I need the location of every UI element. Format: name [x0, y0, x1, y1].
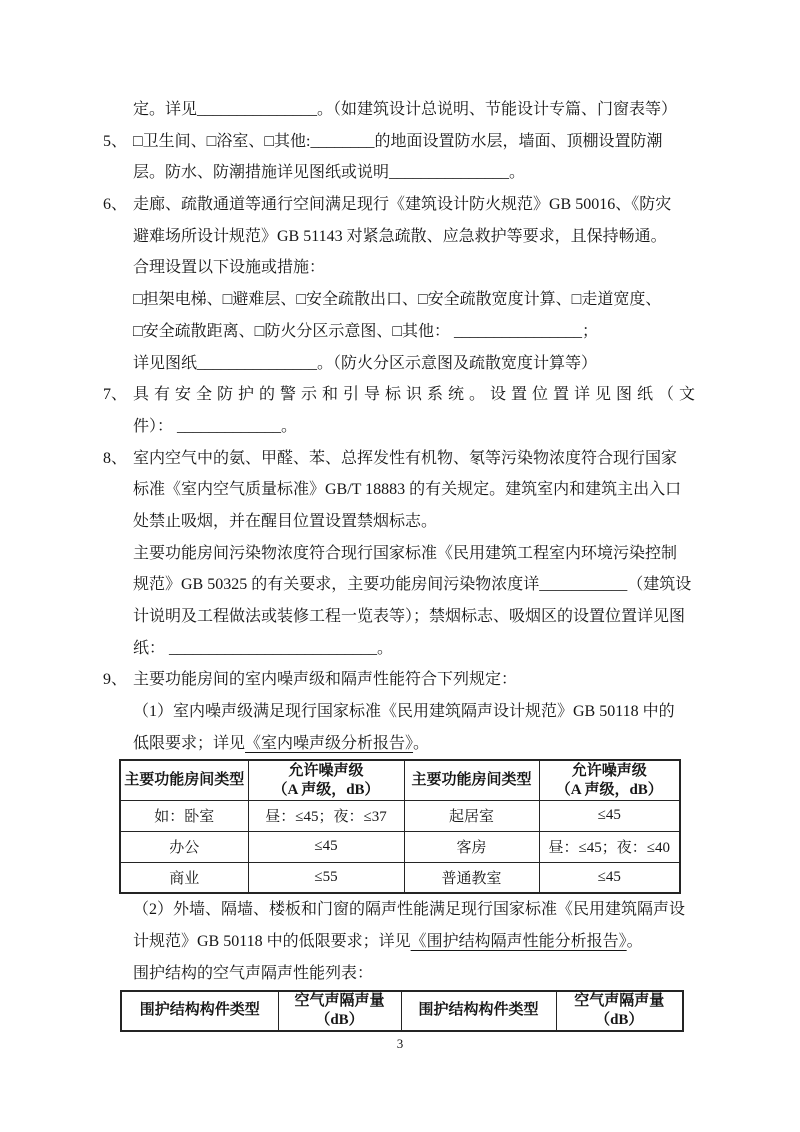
- text-segment: 层。防水、防潮措施详见图纸或说明_______________。: [133, 164, 525, 181]
- table-cell: 普通教室: [404, 862, 539, 893]
- table-header-cell: 允许噪声级（A 声级，dB）: [248, 760, 404, 800]
- text-segment: 定。详见_______________。（如建筑设计总说明、节能设计专篇、门窗表…: [133, 101, 677, 118]
- header-line: 围护结构构件类型: [404, 1001, 554, 1020]
- header-line: 主要功能房间类型: [407, 771, 537, 790]
- text-segment: 规范》GB 50325 的有关要求，主要功能房间污染物浓度详__________…: [133, 576, 691, 593]
- text-segment: 围护结构的空气声隔声性能列表：: [133, 965, 373, 982]
- text-segment: □安全疏散距离、□防火分区示意图、□其他： ________________；: [133, 323, 598, 340]
- text-segment: 。: [413, 735, 429, 752]
- text-segment: □卫生间、□浴室、□其他:________的地面设置防水层，墙面、顶棚设置防潮: [133, 133, 662, 150]
- text-segment: 处禁止吸烟，并在醒目位置设置禁烟标志。: [133, 513, 437, 530]
- item-number: 9、: [103, 664, 127, 696]
- header-line: 围护结构构件类型: [124, 1001, 276, 1020]
- text-segment: 标准《室内空气质量标准》GB/T 18883 的有关规定。建筑室内和建筑主出入口: [133, 481, 681, 498]
- table-header-cell: 围护结构构件类型: [401, 991, 556, 1031]
- paragraph-block-items-5-9: 定。详见_______________。（如建筑设计总说明、节能设计专篇、门窗表…: [0, 0, 800, 759]
- text-segment: 件）： _____________。: [133, 418, 297, 435]
- text-line: 8、室内空气中的氨、甲醛、苯、总挥发性有机物、氡等污染物浓度符合现行国家: [0, 443, 800, 475]
- item-number: 8、: [103, 443, 127, 475]
- sound-insulation-table: 围护结构构件类型空气声隔声量（dB）围护结构构件类型空气声隔声量（dB）: [120, 990, 684, 1032]
- header-line: 允许噪声级: [251, 762, 402, 781]
- text-line: 详见图纸_______________。（防火分区示意图及疏散宽度计算等）: [0, 348, 800, 380]
- text-line: □担架电梯、□避难层、□安全疏散出口、□安全疏散宽度计算、□走道宽度、: [0, 284, 800, 316]
- table-header-cell: 允许噪声级（A 声级，dB）: [539, 760, 680, 800]
- text-line: （1）室内噪声级满足现行国家标准《民用建筑隔声设计规范》GB 50118 中的: [0, 696, 800, 728]
- text-line: 主要功能房间污染物浓度符合现行国家标准《民用建筑工程室内环境污染控制: [0, 538, 800, 570]
- text-segment: 纸： __________________________。: [133, 640, 393, 657]
- table-header-cell: 空气声隔声量（dB）: [278, 991, 401, 1031]
- table-cell: 办公: [120, 831, 248, 862]
- table-cell: 客房: [404, 831, 539, 862]
- text-segment: 走廊、疏散通道等通行空间满足现行《建筑设计防火规范》GB 50016、《防灾: [133, 196, 671, 213]
- text-line: 7、具有安全防护的警示和引导标识系统。设置位置详见图纸（文: [0, 379, 800, 411]
- table-header-cell: 围护结构构件类型: [121, 991, 278, 1031]
- text-segment: 。: [627, 933, 643, 950]
- item-number: 6、: [103, 189, 127, 221]
- text-segment: 具有安全防护的警示和引导标识系统。设置位置详见图纸（文: [133, 386, 700, 403]
- text-line: 5、□卫生间、□浴室、□其他:________的地面设置防水层，墙面、顶棚设置防…: [0, 126, 800, 158]
- table-header-cell: 主要功能房间类型: [120, 760, 248, 800]
- text-line: 计规范》GB 50118 中的低限要求；详见《围护结构隔声性能分析报告》。: [0, 926, 800, 958]
- text-segment: □担架电梯、□避难层、□安全疏散出口、□安全疏散宽度计算、□走道宽度、: [133, 291, 661, 308]
- header-line: （dB）: [559, 1011, 681, 1030]
- document-page: 定。详见_______________。（如建筑设计总说明、节能设计专篇、门窗表…: [0, 0, 800, 1132]
- table-row: 商业≤55普通教室≤45: [120, 862, 680, 893]
- paragraph-block-item-9-2: （2）外墙、隔墙、楼板和门窗的隔声性能满足现行国家标准《民用建筑隔声设计规范》G…: [0, 894, 800, 989]
- text-line: 合理设置以下设施或措施：: [0, 252, 800, 284]
- noise-level-table: 主要功能房间类型允许噪声级（A 声级，dB）主要功能房间类型允许噪声级（A 声级…: [119, 759, 681, 894]
- text-segment: 主要功能房间的室内噪声级和隔声性能符合下列规定：: [133, 671, 517, 688]
- item-number: 7、: [103, 379, 127, 411]
- header-line: （dB）: [281, 1011, 399, 1030]
- table-header-cell: 空气声隔声量（dB）: [556, 991, 683, 1031]
- header-line: 主要功能房间类型: [123, 771, 246, 790]
- header-line: （A 声级，dB）: [251, 781, 402, 800]
- text-line: 围护结构的空气声隔声性能列表：: [0, 958, 800, 990]
- text-line: （2）外墙、隔墙、楼板和门窗的隔声性能满足现行国家标准《民用建筑隔声设: [0, 894, 800, 926]
- text-line: 避难场所设计规范》GB 51143 对紧急疏散、应急救护等要求，且保持畅通。: [0, 221, 800, 253]
- text-line: 计说明及工程做法或装修工程一览表等）；禁烟标志、吸烟区的设置位置详见图: [0, 601, 800, 633]
- text-line: 处禁止吸烟，并在醒目位置设置禁烟标志。: [0, 506, 800, 538]
- text-segment: 合理设置以下设施或措施：: [133, 259, 325, 276]
- item-number: 5、: [103, 126, 127, 158]
- text-line: 纸： __________________________。: [0, 633, 800, 665]
- text-segment: 主要功能房间污染物浓度符合现行国家标准《民用建筑工程室内环境污染控制: [133, 545, 677, 562]
- text-segment: 计规范》GB 50118 中的低限要求；详见: [133, 933, 411, 950]
- header-line: 空气声隔声量: [281, 992, 399, 1011]
- table-cell: 起居室: [404, 800, 539, 831]
- text-line: 层。防水、防潮措施详见图纸或说明_______________。: [0, 157, 800, 189]
- table-cell: 昼：≤45；夜：≤40: [539, 831, 680, 862]
- text-segment: （2）外墙、隔墙、楼板和门窗的隔声性能满足现行国家标准《民用建筑隔声设: [133, 901, 685, 918]
- text-segment: 计说明及工程做法或装修工程一览表等）；禁烟标志、吸烟区的设置位置详见图: [133, 608, 685, 625]
- table-cell: 昼：≤45；夜：≤37: [248, 800, 404, 831]
- text-line: 低限要求；详见《室内噪声级分析报告》。: [0, 728, 800, 760]
- text-line: 定。详见_______________。（如建筑设计总说明、节能设计专篇、门窗表…: [0, 94, 800, 126]
- table-cell: ≤55: [248, 862, 404, 893]
- text-line: 6、走廊、疏散通道等通行空间满足现行《建筑设计防火规范》GB 50016、《防灾: [0, 189, 800, 221]
- table-cell: ≤45: [539, 862, 680, 893]
- table-cell: 如：卧室: [120, 800, 248, 831]
- text-segment: （1）室内噪声级满足现行国家标准《民用建筑隔声设计规范》GB 50118 中的: [133, 703, 675, 720]
- text-line: 件）： _____________。: [0, 411, 800, 443]
- header-line: 允许噪声级: [542, 762, 678, 781]
- header-line: （A 声级，dB）: [542, 781, 678, 800]
- text-line: 9、主要功能房间的室内噪声级和隔声性能符合下列规定：: [0, 664, 800, 696]
- underlined-reference: 《室内噪声级分析报告》: [245, 735, 413, 752]
- table-cell: ≤45: [248, 831, 404, 862]
- text-segment: 低限要求；详见: [133, 735, 245, 752]
- table-row: 办公≤45客房昼：≤45；夜：≤40: [120, 831, 680, 862]
- table-cell: 商业: [120, 862, 248, 893]
- table-header-cell: 主要功能房间类型: [404, 760, 539, 800]
- page-number: 3: [0, 1036, 800, 1052]
- header-line: 空气声隔声量: [559, 992, 681, 1011]
- text-segment: 室内空气中的氨、甲醛、苯、总挥发性有机物、氡等污染物浓度符合现行国家: [133, 450, 677, 467]
- table-header-row: 主要功能房间类型允许噪声级（A 声级，dB）主要功能房间类型允许噪声级（A 声级…: [120, 760, 680, 800]
- text-segment: 详见图纸_______________。（防火分区示意图及疏散宽度计算等）: [133, 355, 597, 372]
- underlined-reference: 《围护结构隔声性能分析报告》: [411, 933, 627, 950]
- table-row: 如：卧室昼：≤45；夜：≤37起居室≤45: [120, 800, 680, 831]
- table-cell: ≤45: [539, 800, 680, 831]
- text-segment: 避难场所设计规范》GB 51143 对紧急疏散、应急救护等要求，且保持畅通。: [133, 228, 667, 245]
- table-header-row: 围护结构构件类型空气声隔声量（dB）围护结构构件类型空气声隔声量（dB）: [121, 991, 683, 1031]
- text-line: □安全疏散距离、□防火分区示意图、□其他： ________________；: [0, 316, 800, 348]
- text-line: 标准《室内空气质量标准》GB/T 18883 的有关规定。建筑室内和建筑主出入口: [0, 474, 800, 506]
- text-line: 规范》GB 50325 的有关要求，主要功能房间污染物浓度详__________…: [0, 569, 800, 601]
